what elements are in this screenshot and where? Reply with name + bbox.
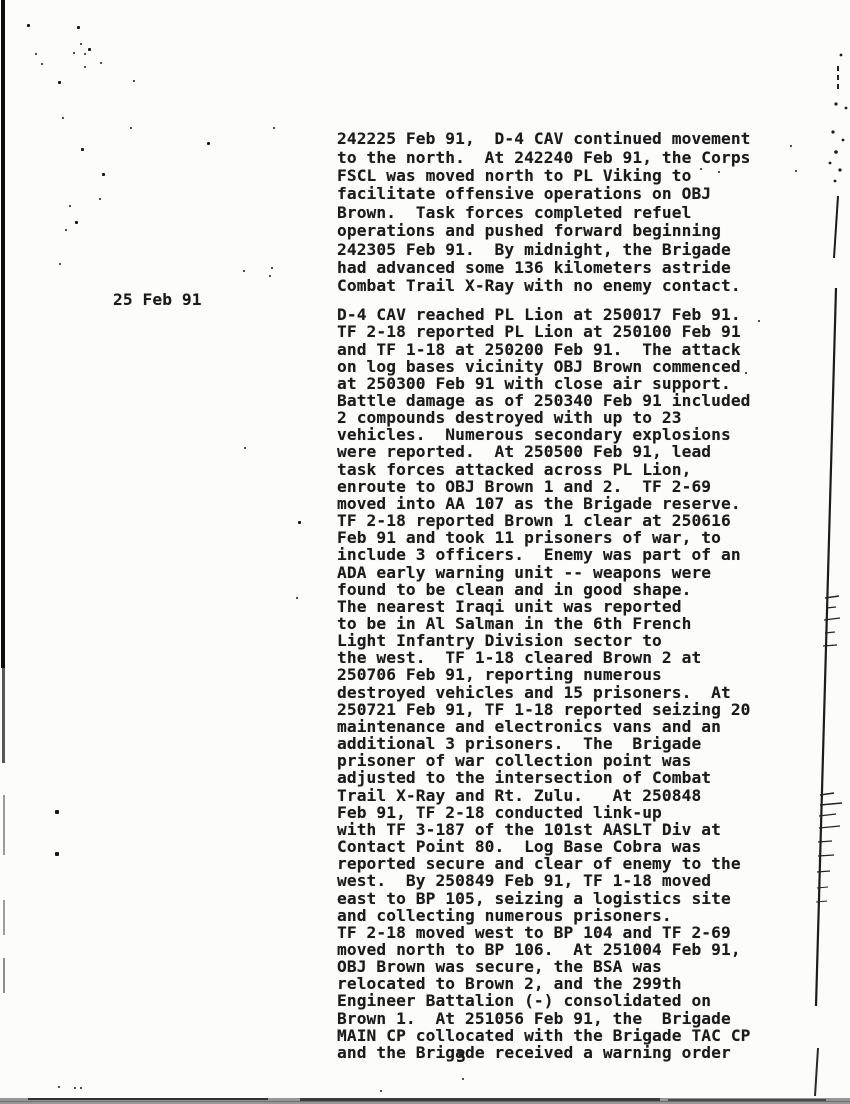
scan-speckle <box>58 1086 60 1088</box>
scan-speckle <box>88 48 91 51</box>
scan-speckle <box>35 53 37 55</box>
scan-speckle <box>84 66 86 68</box>
scan-speckle <box>65 229 67 231</box>
report-entry-text-24feb: 242225 Feb 91, D-4 CAV continued movemen… <box>337 130 751 296</box>
scan-speckle <box>462 1078 464 1080</box>
page-number: 3 <box>456 1047 466 1066</box>
scan-speckle <box>380 1090 382 1092</box>
scan-speckle <box>102 173 105 176</box>
scan-speckle <box>80 43 82 45</box>
scan-speckle <box>758 320 760 322</box>
scan-speckle <box>77 26 80 29</box>
report-entry-text-25feb: D-4 CAV reached PL Lion at 250017 Feb 91… <box>337 306 751 1061</box>
scan-speckle <box>790 145 792 147</box>
scan-speckle <box>273 127 275 129</box>
scan-speckle <box>130 127 132 129</box>
scan-speckle <box>81 148 84 151</box>
margin-date-label: 25 Feb 91 <box>113 291 202 308</box>
scan-speckle <box>62 117 64 119</box>
scan-speckle <box>718 171 720 173</box>
scan-speckle <box>55 810 59 814</box>
scan-speckle <box>745 372 747 374</box>
scan-speckle <box>55 852 59 856</box>
scan-speckle <box>73 52 75 54</box>
scan-speckle <box>41 63 43 65</box>
scan-speckle <box>243 270 245 272</box>
scan-speckle <box>133 80 135 82</box>
scan-speckle <box>59 263 61 265</box>
scan-speckle <box>269 275 271 277</box>
scan-speckle <box>700 168 702 170</box>
scan-speckle <box>75 221 78 224</box>
scan-speckle <box>84 53 86 55</box>
scan-speckle <box>100 62 102 64</box>
scan-speckle <box>99 198 101 200</box>
scan-speckle <box>69 205 71 207</box>
scan-speckle <box>271 267 273 269</box>
scan-speckle <box>296 597 298 599</box>
scan-speckle <box>58 81 61 84</box>
scanned-document-page: { "document": { "page_number": "3", "ent… <box>0 0 850 1104</box>
scan-speckle <box>80 1087 82 1089</box>
scan-speckle <box>298 521 301 524</box>
scan-speckle <box>207 142 210 145</box>
scan-speckle <box>244 447 246 449</box>
scan-speckle <box>74 1087 76 1089</box>
scan-speckle <box>795 170 797 172</box>
scan-speckle <box>27 24 30 27</box>
